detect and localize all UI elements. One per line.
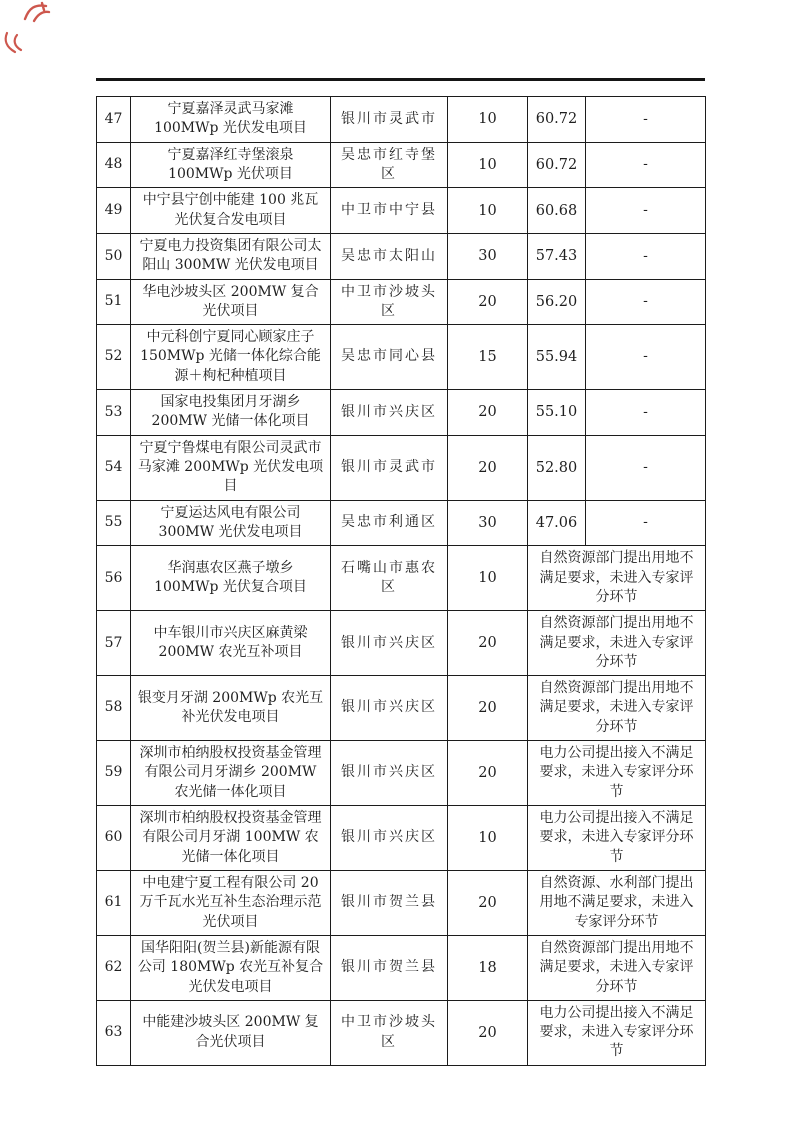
remark-cell: 自然资源、水利部门提出用地不满足要求，未进入专家评分环节 — [528, 870, 706, 935]
row-index-cell: 59 — [97, 741, 131, 806]
project-name-cell: 中能建沙坡头区 200MW 复合光伏项目 — [131, 1000, 331, 1065]
project-name-cell: 深圳市柏纳股权投资基金管理有限公司月牙湖乡 200MW 农光储一体化项目 — [131, 741, 331, 806]
location-cell: 吴忠市同心县 — [331, 325, 448, 390]
table-row: 62国华阳阳(贺兰县)新能源有限公司 180MWp 农光互补复合光伏发电项目银川… — [97, 935, 706, 1000]
location-cell: 吴忠市太阳山 — [331, 233, 448, 279]
table-row: 56华润惠农区燕子墩乡 100MWp 光伏复合项目石嘴山市惠农区10自然资源部门… — [97, 546, 706, 611]
table-row: 57中车银川市兴庆区麻黄梁 200MW 农光互补项目银川市兴庆区20自然资源部门… — [97, 611, 706, 676]
score-cell: 60.68 — [528, 188, 586, 234]
project-name-cell: 银变月牙湖 200MWp 农光互补光伏发电项目 — [131, 676, 331, 741]
remark-cell: 电力公司提出接入不满足要求，未进入专家评分环节 — [528, 1000, 706, 1065]
red-stamp-fragment-icon — [22, 1, 52, 23]
capacity-cell: 20 — [448, 279, 528, 325]
row-index-cell: 49 — [97, 188, 131, 234]
score-cell: 52.80 — [528, 435, 586, 500]
location-cell: 中卫市沙坡头区 — [331, 1000, 448, 1065]
remark-cell: - — [586, 435, 706, 500]
row-index-cell: 53 — [97, 390, 131, 436]
remark-cell: 电力公司提出接入不满足要求，未进入专家评分环节 — [528, 806, 706, 871]
remark-cell: 电力公司提出接入不满足要求，未进入专家评分环节 — [528, 741, 706, 806]
remark-cell: 自然资源部门提出用地不满足要求，未进入专家评分环节 — [528, 935, 706, 1000]
capacity-cell: 30 — [448, 500, 528, 546]
location-cell: 吴忠市红寺堡区 — [331, 142, 448, 188]
project-name-cell: 中宁县宁创中能建 100 兆瓦光伏复合发电项目 — [131, 188, 331, 234]
row-index-cell: 52 — [97, 325, 131, 390]
project-name-cell: 华电沙坡头区 200MW 复合光伏项目 — [131, 279, 331, 325]
row-index-cell: 51 — [97, 279, 131, 325]
project-name-cell: 宁夏电力投资集团有限公司太阳山 300MW 光伏发电项目 — [131, 233, 331, 279]
capacity-cell: 20 — [448, 741, 528, 806]
capacity-cell: 20 — [448, 435, 528, 500]
document-page: 47宁夏嘉泽灵武马家滩 100MWp 光伏发电项目银川市灵武市1060.72-4… — [0, 0, 800, 1131]
project-name-cell: 中车银川市兴庆区麻黄梁 200MW 农光互补项目 — [131, 611, 331, 676]
remark-cell: 自然资源部门提出用地不满足要求，未进入专家评分环节 — [528, 676, 706, 741]
table-row: 53国家电投集团月牙湖乡 200MW 光储一体化项目银川市兴庆区2055.10- — [97, 390, 706, 436]
row-index-cell: 57 — [97, 611, 131, 676]
location-cell: 石嘴山市惠农区 — [331, 546, 448, 611]
row-index-cell: 61 — [97, 870, 131, 935]
table-row: 61中电建宁夏工程有限公司 20 万千瓦水光互补生态治理示范光伏项目银川市贺兰县… — [97, 870, 706, 935]
project-name-cell: 中电建宁夏工程有限公司 20 万千瓦水光互补生态治理示范光伏项目 — [131, 870, 331, 935]
score-cell: 55.94 — [528, 325, 586, 390]
table-row: 59深圳市柏纳股权投资基金管理有限公司月牙湖乡 200MW 农光储一体化项目银川… — [97, 741, 706, 806]
location-cell: 银川市兴庆区 — [331, 741, 448, 806]
location-cell: 银川市贺兰县 — [331, 870, 448, 935]
project-name-cell: 宁夏运达风电有限公司 300MW 光伏发电项目 — [131, 500, 331, 546]
row-index-cell: 58 — [97, 676, 131, 741]
score-cell: 55.10 — [528, 390, 586, 436]
row-index-cell: 50 — [97, 233, 131, 279]
table-row: 47宁夏嘉泽灵武马家滩 100MWp 光伏发电项目银川市灵武市1060.72- — [97, 97, 706, 143]
capacity-cell: 20 — [448, 870, 528, 935]
remark-cell: - — [586, 188, 706, 234]
table-top-rule — [96, 78, 705, 81]
capacity-cell: 20 — [448, 611, 528, 676]
location-cell: 银川市兴庆区 — [331, 676, 448, 741]
capacity-cell: 10 — [448, 188, 528, 234]
location-cell: 中卫市中宁县 — [331, 188, 448, 234]
table-row: 48宁夏嘉泽红寺堡滚泉 100MWp 光伏项目吴忠市红寺堡区1060.72- — [97, 142, 706, 188]
capacity-cell: 10 — [448, 142, 528, 188]
capacity-cell: 20 — [448, 676, 528, 741]
table-row: 55宁夏运达风电有限公司 300MW 光伏发电项目吴忠市利通区3047.06- — [97, 500, 706, 546]
table-row: 54宁夏宁鲁煤电有限公司灵武市马家滩 200MWp 光伏发电项目银川市灵武市20… — [97, 435, 706, 500]
capacity-cell: 10 — [448, 546, 528, 611]
remark-cell: - — [586, 279, 706, 325]
table-row: 60深圳市柏纳股权投资基金管理有限公司月牙湖 100MW 农光储一体化项目银川市… — [97, 806, 706, 871]
project-name-cell: 中元科创宁夏同心顾家庄子 150MWp 光储一体化综合能源＋枸杞种植项目 — [131, 325, 331, 390]
remark-cell: - — [586, 500, 706, 546]
location-cell: 银川市灵武市 — [331, 97, 448, 143]
location-cell: 吴忠市利通区 — [331, 500, 448, 546]
capacity-cell: 15 — [448, 325, 528, 390]
table-row: 49中宁县宁创中能建 100 兆瓦光伏复合发电项目中卫市中宁县1060.68- — [97, 188, 706, 234]
score-cell: 56.20 — [528, 279, 586, 325]
row-index-cell: 47 — [97, 97, 131, 143]
project-name-cell: 宁夏嘉泽红寺堡滚泉 100MWp 光伏项目 — [131, 142, 331, 188]
remark-cell: - — [586, 233, 706, 279]
table-body: 47宁夏嘉泽灵武马家滩 100MWp 光伏发电项目银川市灵武市1060.72-4… — [97, 97, 706, 1066]
capacity-cell: 20 — [448, 390, 528, 436]
remark-cell: - — [586, 390, 706, 436]
table-row: 52中元科创宁夏同心顾家庄子 150MWp 光储一体化综合能源＋枸杞种植项目吴忠… — [97, 325, 706, 390]
remark-cell: - — [586, 325, 706, 390]
project-ranking-table: 47宁夏嘉泽灵武马家滩 100MWp 光伏发电项目银川市灵武市1060.72-4… — [96, 96, 706, 1066]
location-cell: 银川市灵武市 — [331, 435, 448, 500]
row-index-cell: 55 — [97, 500, 131, 546]
row-index-cell: 62 — [97, 935, 131, 1000]
project-name-cell: 深圳市柏纳股权投资基金管理有限公司月牙湖 100MW 农光储一体化项目 — [131, 806, 331, 871]
capacity-cell: 20 — [448, 1000, 528, 1065]
location-cell: 银川市贺兰县 — [331, 935, 448, 1000]
table-row: 58银变月牙湖 200MWp 农光互补光伏发电项目银川市兴庆区20自然资源部门提… — [97, 676, 706, 741]
table-row: 63中能建沙坡头区 200MW 复合光伏项目中卫市沙坡头区20电力公司提出接入不… — [97, 1000, 706, 1065]
capacity-cell: 10 — [448, 806, 528, 871]
table-row: 50宁夏电力投资集团有限公司太阳山 300MW 光伏发电项目吴忠市太阳山3057… — [97, 233, 706, 279]
score-cell: 57.43 — [528, 233, 586, 279]
table-row: 51华电沙坡头区 200MW 复合光伏项目中卫市沙坡头区2056.20- — [97, 279, 706, 325]
remark-cell: 自然资源部门提出用地不满足要求，未进入专家评分环节 — [528, 611, 706, 676]
row-index-cell: 63 — [97, 1000, 131, 1065]
score-cell: 60.72 — [528, 97, 586, 143]
project-name-cell: 华润惠农区燕子墩乡 100MWp 光伏复合项目 — [131, 546, 331, 611]
row-index-cell: 54 — [97, 435, 131, 500]
capacity-cell: 10 — [448, 97, 528, 143]
red-stamp-fragment-icon — [2, 31, 24, 55]
location-cell: 银川市兴庆区 — [331, 390, 448, 436]
project-name-cell: 宁夏嘉泽灵武马家滩 100MWp 光伏发电项目 — [131, 97, 331, 143]
project-name-cell: 宁夏宁鲁煤电有限公司灵武市马家滩 200MWp 光伏发电项目 — [131, 435, 331, 500]
capacity-cell: 18 — [448, 935, 528, 1000]
row-index-cell: 60 — [97, 806, 131, 871]
remark-cell: - — [586, 97, 706, 143]
row-index-cell: 48 — [97, 142, 131, 188]
project-name-cell: 国家电投集团月牙湖乡 200MW 光储一体化项目 — [131, 390, 331, 436]
remark-cell: 自然资源部门提出用地不满足要求，未进入专家评分环节 — [528, 546, 706, 611]
capacity-cell: 30 — [448, 233, 528, 279]
location-cell: 银川市兴庆区 — [331, 806, 448, 871]
project-name-cell: 国华阳阳(贺兰县)新能源有限公司 180MWp 农光互补复合光伏发电项目 — [131, 935, 331, 1000]
score-cell: 60.72 — [528, 142, 586, 188]
score-cell: 47.06 — [528, 500, 586, 546]
location-cell: 银川市兴庆区 — [331, 611, 448, 676]
row-index-cell: 56 — [97, 546, 131, 611]
remark-cell: - — [586, 142, 706, 188]
location-cell: 中卫市沙坡头区 — [331, 279, 448, 325]
